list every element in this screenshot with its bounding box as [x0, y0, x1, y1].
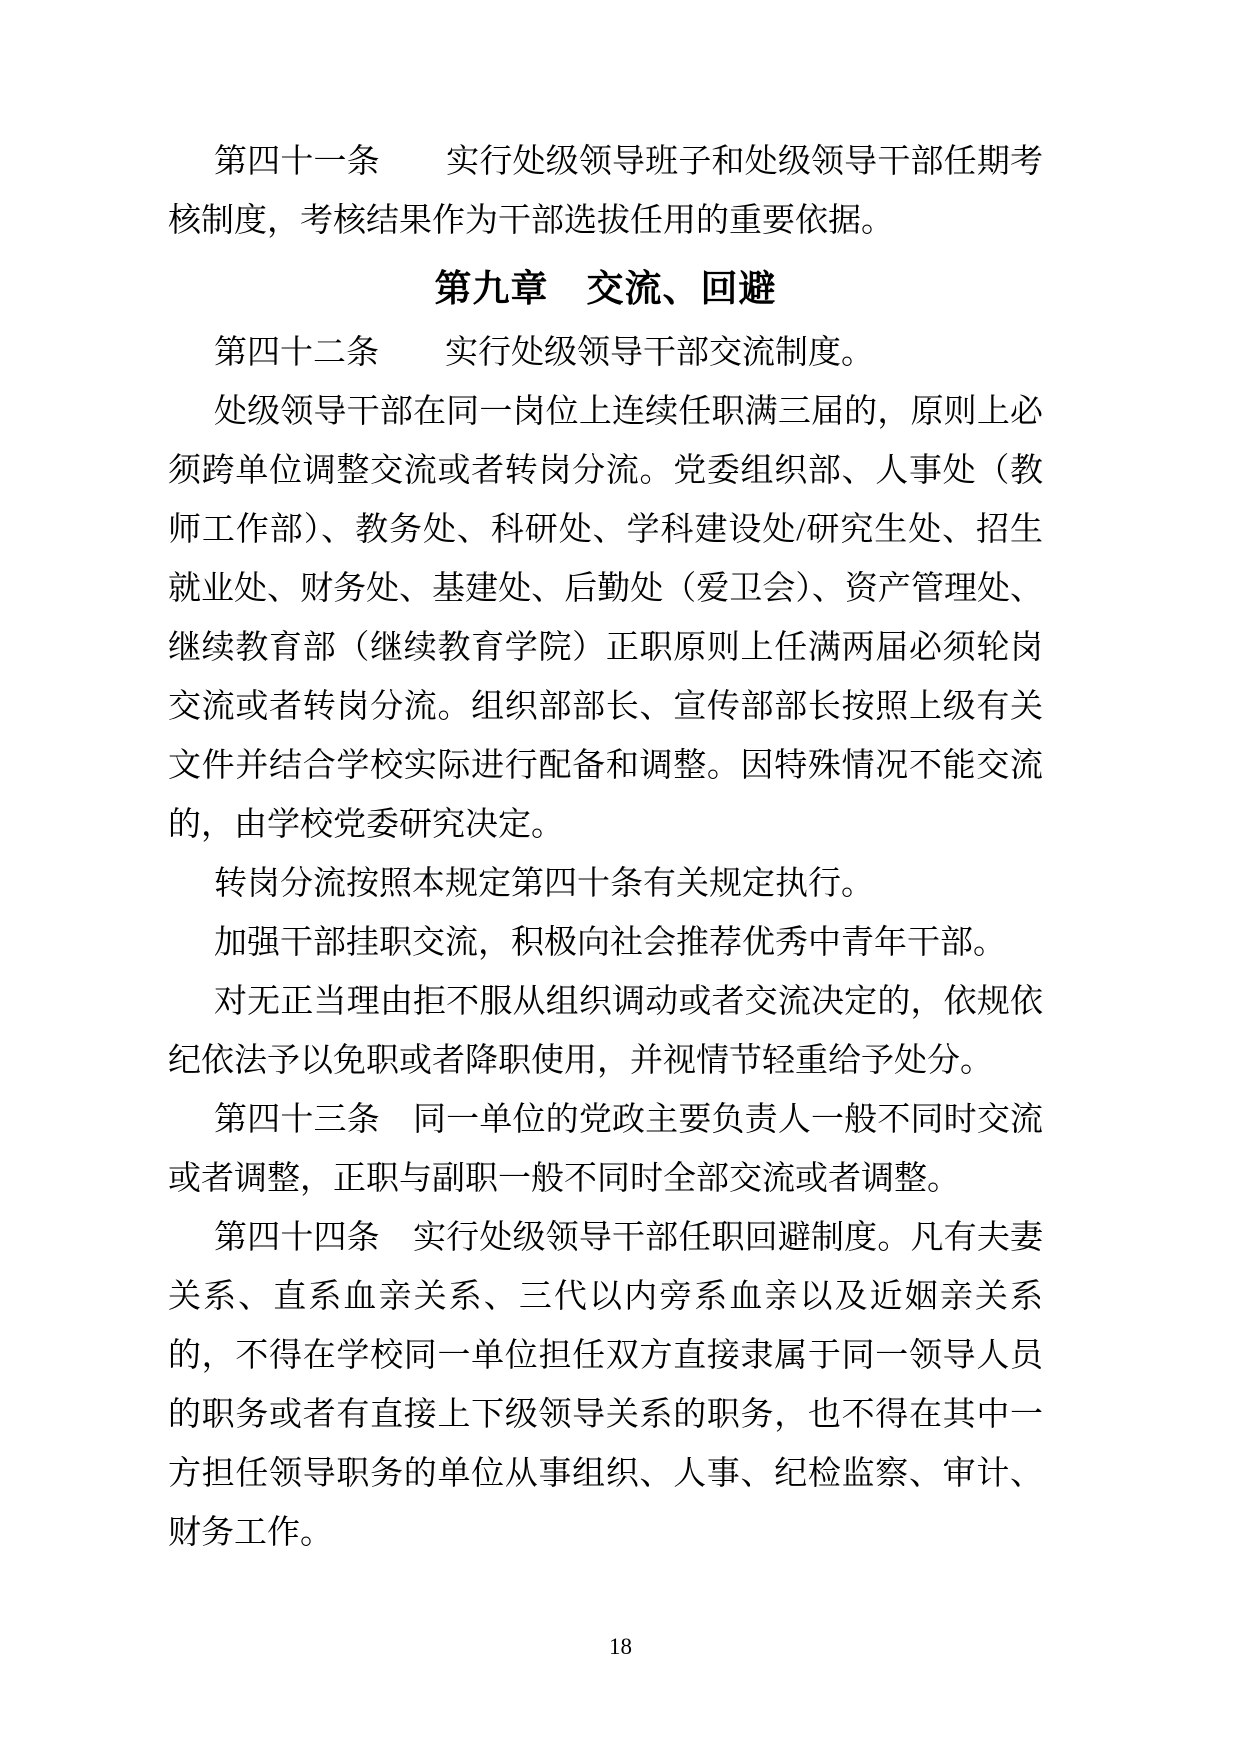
chapter-heading: 第九章 交流、回避: [168, 259, 1043, 318]
paragraph-temporary-post: 加强干部挂职交流，积极向社会推荐优秀中青年干部。: [168, 914, 1043, 973]
paragraph-article-42: 第四十二条 实行处级领导干部交流制度。: [168, 324, 1043, 383]
document-body: 第四十一条 实行处级领导班子和处级领导干部任期考核制度，考核结果作为干部选拔任用…: [168, 133, 1043, 1563]
paragraph-transfer-rule: 转岗分流按照本规定第四十条有关规定执行。: [168, 855, 1043, 914]
paragraph-article-41: 第四十一条 实行处级领导班子和处级领导干部任期考核制度，考核结果作为干部选拔任用…: [168, 133, 1043, 251]
paragraph-article-42-detail: 处级领导干部在同一岗位上连续任职满三届的，原则上必须跨单位调整交流或者转岗分流。…: [168, 383, 1043, 855]
page-number: 18: [0, 1634, 1241, 1660]
paragraph-refusal-consequence: 对无正当理由拒不服从组织调动或者交流决定的，依规依纪依法予以免职或者降职使用，并…: [168, 973, 1043, 1091]
paragraph-article-43: 第四十三条 同一单位的党政主要负责人一般不同时交流或者调整，正职与副职一般不同时…: [168, 1091, 1043, 1209]
paragraph-article-44: 第四十四条 实行处级领导干部任职回避制度。凡有夫妻关系、直系血亲关系、三代以内旁…: [168, 1209, 1043, 1563]
document-page: 第四十一条 实行处级领导班子和处级领导干部任期考核制度，考核结果作为干部选拔任用…: [0, 0, 1241, 1754]
